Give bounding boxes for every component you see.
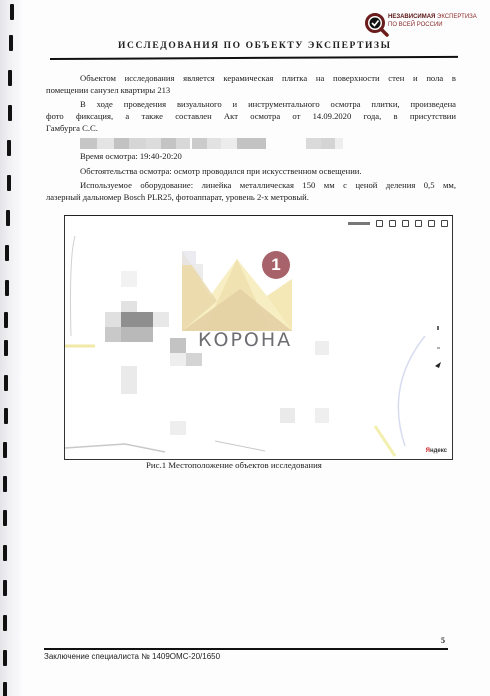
- footer-divider: [44, 648, 448, 650]
- redacted-block: [170, 421, 186, 435]
- redacted-block: [170, 353, 186, 366]
- logo-tagline: НЕЗАВИСИМАЯ ЭКСПЕРТИЗА ПО ВСЕЙ РОССИИ: [388, 13, 477, 29]
- redacted-block: [121, 271, 137, 287]
- redacted-text: [192, 136, 266, 147]
- equipment-line-1: Используемое оборудование: линейка метал…: [80, 179, 456, 191]
- binding-hole: [3, 650, 7, 666]
- map-attribution: Яндекс: [426, 448, 447, 454]
- binding-hole: [3, 442, 7, 458]
- redacted-text: [306, 136, 343, 147]
- equipment-line-2: лазерный дальномер Bosch PLR25, фотоаппа…: [46, 191, 309, 203]
- paragraph-2-line-2: фото фиксация, а также составлен Акт осм…: [46, 110, 456, 122]
- binding-hole: [5, 245, 9, 261]
- paragraph-2-line-1: В ходе проведения визуального и инструме…: [80, 98, 456, 110]
- map-place-label: КОРОНА: [198, 329, 292, 351]
- binding-hole: [7, 175, 11, 191]
- binding-hole: [3, 682, 7, 696]
- binding-hole: [4, 312, 8, 328]
- redacted-text: [80, 136, 190, 147]
- binding-hole: [6, 210, 10, 226]
- redacted-block: [105, 312, 121, 327]
- binding-hole: [3, 476, 7, 492]
- binding-hole: [5, 280, 9, 296]
- figure-caption: Рис.1 Местоположение объектов исследован…: [146, 460, 322, 470]
- binding-edge: [0, 0, 22, 696]
- paragraph-1-line-2: помещении санузел квартиры 213: [46, 84, 170, 96]
- document-page: НЕЗАВИСИМАЯ ЭКСПЕРТИЗА ПО ВСЕЙ РОССИИ ИС…: [0, 0, 490, 696]
- binding-hole: [7, 140, 11, 156]
- binding-hole: [4, 408, 8, 424]
- section-title: ИССЛЕДОВАНИЯ ПО ОБЪЕКТУ ЭКСПЕРТИЗЫ: [118, 41, 392, 51]
- binding-hole: [3, 615, 7, 631]
- company-logo: НЕЗАВИСИМАЯ ЭКСПЕРТИЗА ПО ВСЕЙ РОССИИ: [364, 10, 489, 40]
- page-number: 5: [441, 636, 445, 645]
- binding-hole: [4, 375, 8, 391]
- binding-hole: [3, 510, 7, 526]
- binding-hole: [8, 70, 12, 86]
- paragraph-2-line-3: Гамбурга С.С.: [46, 122, 98, 134]
- binding-hole: [3, 545, 7, 561]
- logo-tagline-line2: ПО ВСЕЙ РОССИИ: [388, 22, 443, 28]
- binding-hole: [10, 4, 14, 20]
- redacted-block: [121, 312, 153, 327]
- inspection-time: Время осмотра: 19:40-20:20: [80, 150, 182, 162]
- logo-tagline-rest: ЭКСПЕРТИЗА: [435, 14, 476, 20]
- redacted-block: [153, 312, 169, 327]
- location-map[interactable]: 1 КОРОНА Яндекс: [64, 215, 453, 460]
- map-marker-badge[interactable]: 1: [262, 251, 290, 279]
- paragraph-1-line-1: Объектом исследования является керамичес…: [80, 72, 456, 84]
- document-reference: Заключение специалиста № 1409ОМС-20/1650: [44, 652, 220, 661]
- redacted-block: [315, 408, 329, 423]
- logo-tagline-bold: НЕЗАВИСИМАЯ: [388, 14, 435, 20]
- binding-hole: [9, 35, 13, 51]
- redacted-block: [280, 408, 295, 423]
- redacted-block: [105, 327, 121, 342]
- binding-hole: [4, 340, 8, 356]
- redacted-block: [315, 341, 329, 355]
- magnifier-check-icon: [364, 12, 390, 38]
- redacted-block: [186, 353, 202, 366]
- header-divider: [50, 56, 458, 60]
- redacted-block: [121, 366, 137, 394]
- redacted-block: [121, 327, 153, 342]
- binding-hole: [3, 580, 7, 596]
- inspection-conditions: Обстоятельства осмотра: осмотр проводилс…: [80, 165, 362, 177]
- binding-hole: [8, 105, 12, 121]
